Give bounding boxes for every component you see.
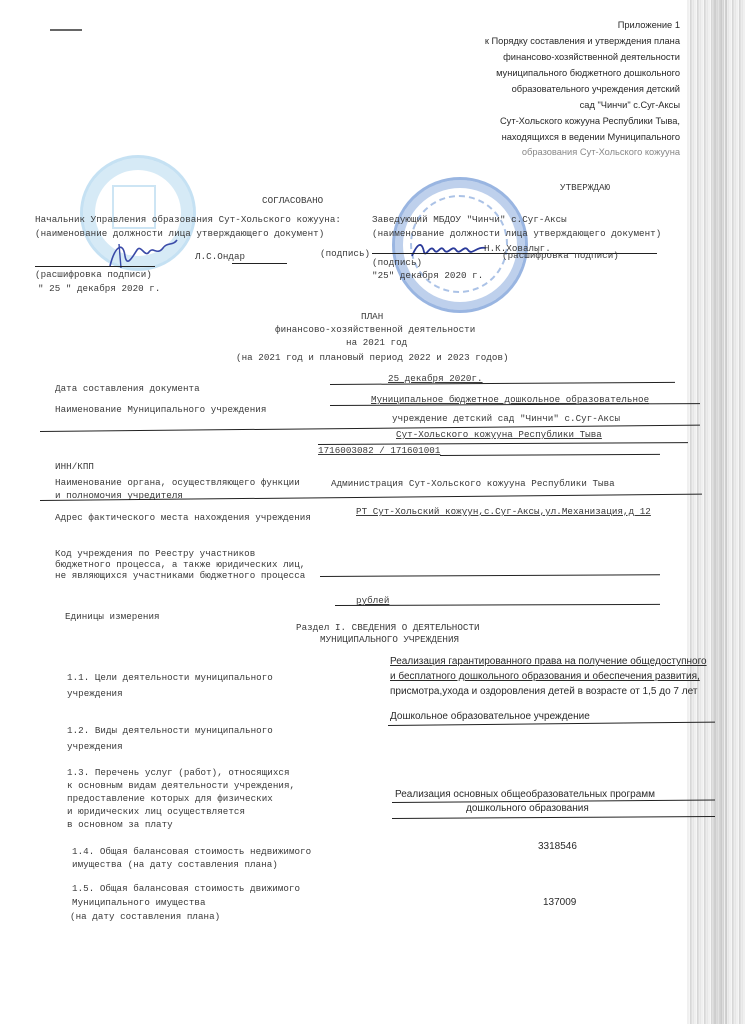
- item-1-4-label: 1.4. Общая балансовая стоимость недвижим…: [72, 846, 311, 857]
- item-1-1-value: присмотра,ухода и оздоровления детей в в…: [390, 686, 697, 697]
- org-label: Наименование Муниципального учреждения: [55, 404, 266, 415]
- scan-mark: [50, 29, 82, 31]
- appendix-title: Приложение 1: [618, 20, 680, 30]
- registry-label-3: не являющихся участниками бюджетного про…: [55, 570, 305, 581]
- item-1-1-label: учреждения: [67, 688, 123, 699]
- org-value-2: учреждение детский сад "Чинчи" с.Суг-Акс…: [392, 413, 620, 424]
- item-1-3-label: предоставление которых для физических: [67, 793, 273, 804]
- approval-right-position-caption: (наименование должности лица утверждающе…: [372, 228, 661, 239]
- item-1-3-label: 1.3. Перечень услуг (работ), относящихся: [67, 767, 290, 778]
- date-underline: [330, 382, 675, 385]
- units-underline: [335, 604, 660, 606]
- approval-left-heading: СОГЛАСОВАНО: [262, 195, 323, 206]
- item-1-3-value: дошкольного образования: [466, 803, 589, 814]
- appendix-line: сад "Чинчи" с.Суг-Аксы: [580, 100, 680, 110]
- approval-right-decode-caption: (расшифровка подписи): [502, 250, 619, 261]
- scan-edge-artifact: [713, 0, 727, 1024]
- item-1-5-label: (на дату составления плана): [70, 911, 220, 922]
- inn-label: ИНН/КПП: [55, 461, 94, 472]
- item-1-2-value: Дошкольное образовательное учреждение: [390, 711, 590, 722]
- item-1-4-value: 3318546: [538, 841, 577, 852]
- item-1-4-label: имущества (на дату составления плана): [72, 859, 278, 870]
- address-value: РТ Сут-Хольский кожуун,с.Суг-Аксы,ул.Мех…: [356, 506, 651, 517]
- section-1-title-1: Раздел I. СВЕДЕНИЯ О ДЕЯТЕЛЬНОСТИ: [296, 622, 480, 633]
- plan-title-line2: финансово-хозяйственной деятельности: [275, 324, 475, 335]
- appendix-line: образования Сут-Хольского кожууна: [522, 147, 680, 157]
- item-1-3-underline: [392, 816, 715, 819]
- approval-left-decode-caption: (расшифровка подписи): [35, 269, 152, 280]
- item-1-3-value: Реализация основных общеобразовательных …: [395, 789, 655, 800]
- signature-line: [35, 266, 155, 267]
- inn-underline: [440, 454, 660, 456]
- item-1-2-label: 1.2. Виды деятельности муниципального: [67, 725, 273, 736]
- plan-title-line3: на 2021 год: [346, 337, 407, 348]
- approval-left-position-caption: (наименование должности лица утверждающе…: [35, 228, 324, 239]
- approval-right-position: Заведующий МБДОУ "Чинчи" с.Суг-Аксы: [372, 214, 567, 225]
- registry-label-2: бюджетного процесса, а также юридических…: [55, 559, 305, 570]
- approval-right-date: "25" декабря 2020 г.: [372, 270, 483, 281]
- item-1-1-value: и бесплатного дошкольного образования и …: [390, 671, 700, 682]
- approval-left-date: " 25 " декабря 2020 г.: [38, 283, 160, 294]
- item-1-3-label: и юридических лиц осуществляется: [67, 806, 245, 817]
- item-1-1-value: Реализация гарантированного права на пол…: [390, 656, 707, 667]
- appendix-line: финансово-хозяйственной деятельности: [503, 52, 680, 62]
- units-label: Единицы измерения: [65, 611, 160, 622]
- approval-right-signature-caption: (подпись): [372, 257, 422, 268]
- item-1-2-underline: [388, 722, 715, 726]
- approval-left-signature-caption: (подпись): [320, 248, 370, 259]
- org-value-3: Сут-Хольского кожууна Республики Тыва: [396, 429, 602, 440]
- appendix-line: Сут-Хольского кожууна Республики Тыва,: [500, 116, 680, 126]
- section-1-title-2: МУНИЦИПАЛЬНОГО УЧРЕЖДЕНИЯ: [320, 634, 459, 645]
- item-1-3-label: в основном за плату: [67, 819, 173, 830]
- plan-title-line1: ПЛАН: [361, 311, 383, 322]
- item-1-3-label: к основным видам деятельности учреждения…: [67, 780, 295, 791]
- item-1-2-label: учреждения: [67, 741, 123, 752]
- registry-label-1: Код учреждения по Реестру участников: [55, 548, 255, 559]
- plan-title-line4: (на 2021 год и плановый период 2022 и 20…: [236, 352, 509, 363]
- appendix-line: муниципального бюджетного дошкольного: [496, 68, 680, 78]
- address-label: Адрес фактического места нахождения учре…: [55, 512, 311, 523]
- date-label: Дата составления документа: [55, 383, 200, 394]
- item-1-5-value: 137009: [543, 897, 576, 908]
- registry-underline: [320, 574, 660, 577]
- signature-line: [232, 263, 287, 264]
- appendix-line: к Порядку составления и утверждения план…: [485, 36, 680, 46]
- founder-label-1: Наименование органа, осуществляющего фун…: [55, 477, 300, 488]
- approval-left-position: Начальник Управления образования Сут-Хол…: [35, 214, 341, 225]
- item-1-5-label: 1.5. Общая балансовая стоимость движимог…: [72, 883, 300, 894]
- item-1-5-label: Муниципального имущества: [72, 897, 206, 908]
- item-1-1-label: 1.1. Цели деятельности муниципального: [67, 672, 273, 683]
- appendix-line: находящихся в ведении Муниципального: [502, 132, 680, 142]
- inn-value: 1716003082 / 171601001: [318, 445, 440, 456]
- founder-value: Администрация Сут-Хольского кожууна Респ…: [331, 478, 615, 489]
- appendix-line: образовательного учреждения детский: [512, 84, 680, 94]
- approval-left-signer: Л.С.Ондар: [195, 251, 245, 262]
- approval-right-heading: УТВЕРЖДАЮ: [560, 182, 610, 193]
